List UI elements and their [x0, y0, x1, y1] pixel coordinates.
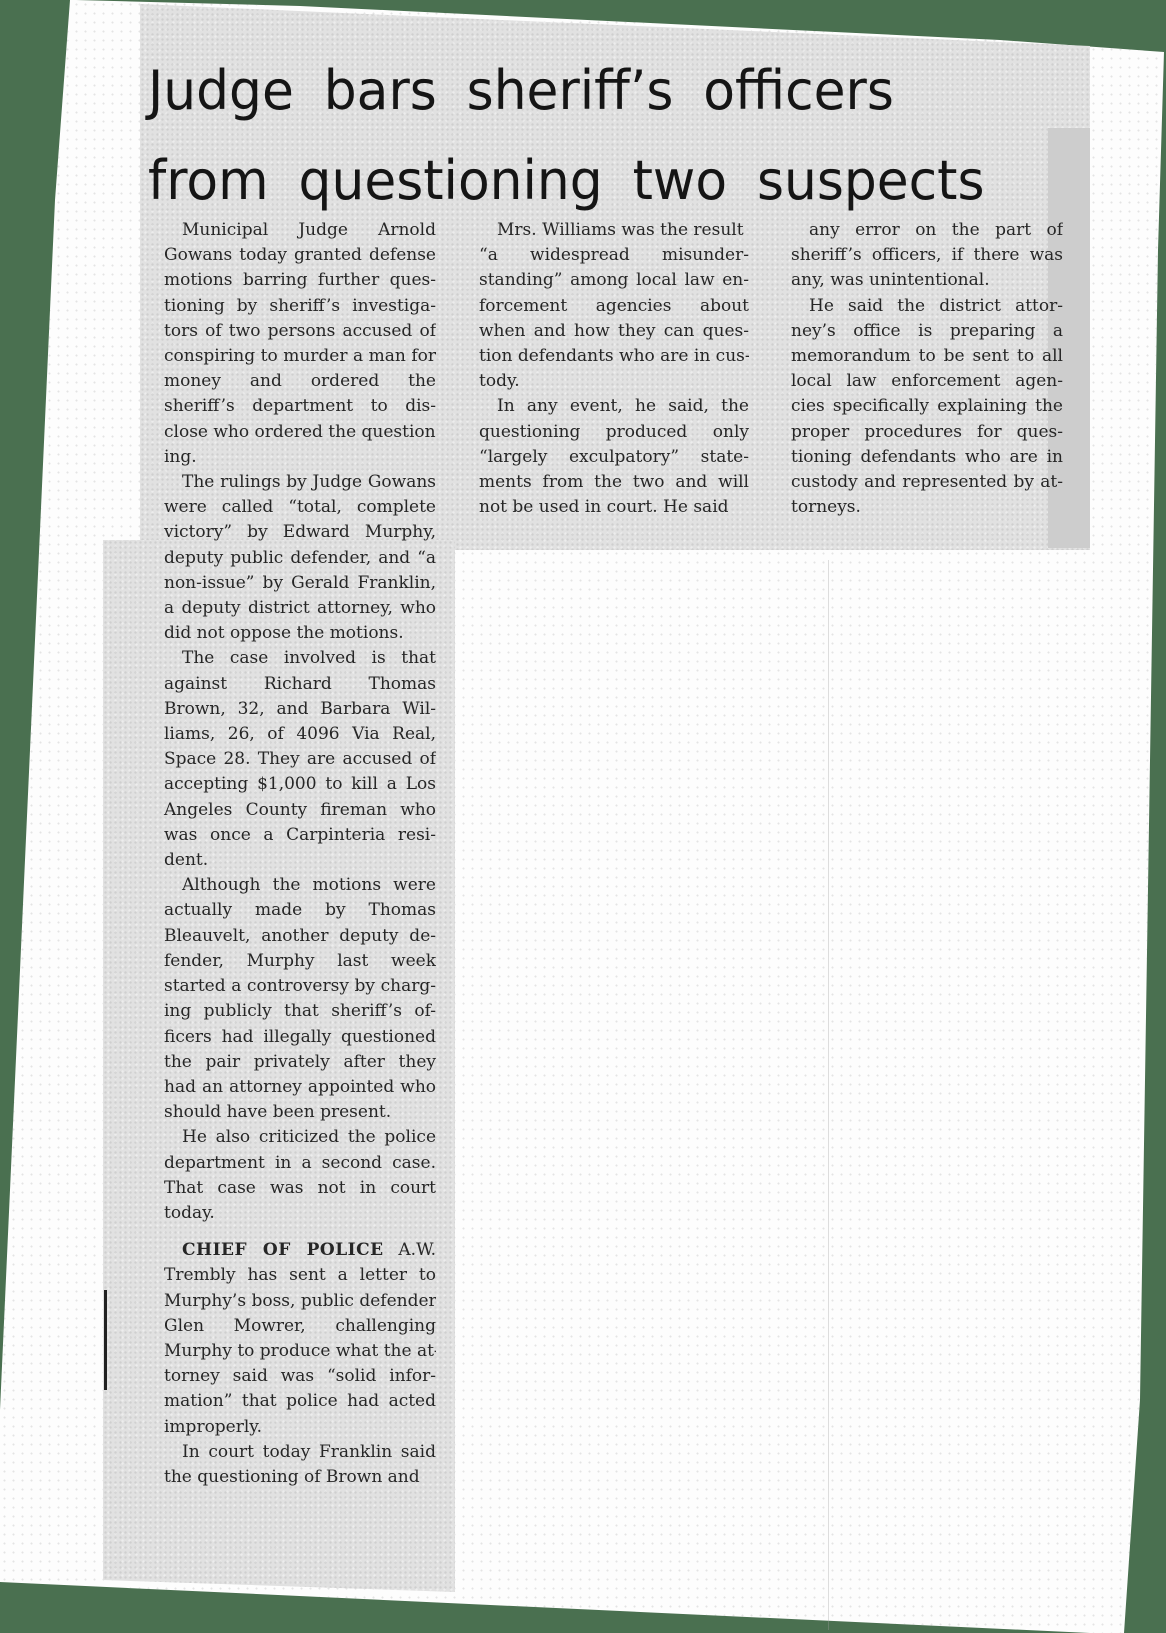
text-line: close who ordered the question-: [146, 420, 436, 445]
text-line: victory” by Edward Murphy,: [146, 520, 436, 545]
text-line: Murphy’s boss, public defender: [146, 1289, 436, 1314]
text-line: Brown, 32, and Barbara Wil-: [146, 697, 436, 722]
text-line: “a widespread misunder-: [461, 243, 749, 268]
text-line: did not oppose the motions.: [146, 621, 436, 646]
text-line: In court today Franklin said: [146, 1440, 436, 1465]
text-line: department in a second case.: [146, 1151, 436, 1176]
text-line: against Richard Thomas: [146, 672, 436, 697]
text-line: dent.: [146, 848, 436, 873]
article-paragraph: Mrs. Williams was the result of“a widesp…: [461, 218, 749, 394]
article-paragraph: He said the district attor-ney’s office …: [773, 294, 1063, 521]
text-line: The rulings by Judge Gowans: [146, 470, 436, 495]
text-line: any, was unintentional.: [773, 268, 1063, 293]
headline-line-1: Judge bars sheriff’s officers: [148, 46, 984, 136]
article-column-3: any error on the part ofsheriff’s office…: [773, 218, 1063, 520]
text-line: should have been present.: [146, 1100, 436, 1125]
text-line: not be used in court. He said: [461, 495, 749, 520]
text-line: custody and represented by at-: [773, 470, 1063, 495]
text-line: ing.: [146, 445, 436, 470]
text-line: started a controversy by charg-: [146, 974, 436, 999]
text-line: Space 28. They are accused of: [146, 747, 436, 772]
text-line: when and how they can ques-: [461, 319, 749, 344]
text-line: Although the motions were: [146, 873, 436, 898]
text-line: He said the district attor-: [773, 294, 1063, 319]
text-line: money and ordered the: [146, 369, 436, 394]
article-paragraph: any error on the part ofsheriff’s office…: [773, 218, 1063, 294]
text-line: actually made by Thomas: [146, 898, 436, 923]
text-line: mation” that police had acted: [146, 1389, 436, 1414]
text-line: memorandum to be sent to all: [773, 344, 1063, 369]
text-line: ficers had illegally questioned: [146, 1025, 436, 1050]
text-line: any error on the part of: [773, 218, 1063, 243]
fold-line: [828, 560, 829, 1630]
text-line: a deputy district attorney, who: [146, 596, 436, 621]
text-line: today.: [146, 1201, 436, 1226]
text-line: conspiring to murder a man for: [146, 344, 436, 369]
text-line: was once a Carpinteria resi-: [146, 823, 436, 848]
text-line: tors of two persons accused of: [146, 319, 436, 344]
text-line: CHIEF OF POLICE A.W.: [146, 1238, 436, 1263]
text-line: local law enforcement agen-: [773, 369, 1063, 394]
article-column-1: Municipal Judge ArnoldGowans today grant…: [146, 218, 436, 1490]
article-column-2: Mrs. Williams was the result of“a widesp…: [461, 218, 749, 520]
text-line: Trembly has sent a letter to: [146, 1263, 436, 1288]
text-line: The case involved is that: [146, 646, 436, 671]
text-line: accepting $1,000 to kill a Los: [146, 772, 436, 797]
text-line: ing publicly that sheriff’s of-: [146, 999, 436, 1024]
article-paragraph: Although the motions wereactually made b…: [146, 873, 436, 1125]
article-paragraph: He also criticized the policedepartment …: [146, 1125, 436, 1226]
text-line: motions barring further ques-: [146, 268, 436, 293]
text-line: the pair privately after they: [146, 1050, 436, 1075]
text-line: sheriff’s department to dis-: [146, 394, 436, 419]
article-paragraph: Municipal Judge ArnoldGowans today grant…: [146, 218, 436, 470]
article-paragraph: The rulings by Judge Gowanswere called “…: [146, 470, 436, 646]
article-paragraph: The case involved is thatagainst Richard…: [146, 646, 436, 873]
text-line: Mrs. Williams was the result of: [461, 218, 749, 243]
headline-line-2: from questioning two suspects: [148, 136, 984, 226]
text-line: were called “total, complete: [146, 495, 436, 520]
text-line: He also criticized the police: [146, 1125, 436, 1150]
text-line: torney said was “solid infor-: [146, 1364, 436, 1389]
text-line: forcement agencies about: [461, 294, 749, 319]
headline: Judge bars sheriff’s officers from quest…: [148, 46, 984, 226]
text-line: deputy public defender, and “a: [146, 546, 436, 571]
text-line: Angeles County fireman who: [146, 798, 436, 823]
text-line: sheriff’s officers, if there was: [773, 243, 1063, 268]
text-line: “largely exculpatory” state-: [461, 445, 749, 470]
text-line: torneys.: [773, 495, 1063, 520]
article-paragraph: CHIEF OF POLICE A.W.Trembly has sent a l…: [146, 1238, 436, 1440]
lead-in: CHIEF OF POLICE: [182, 1240, 384, 1260]
text-line: questioning produced only: [461, 420, 749, 445]
text-line: ney’s office is preparing a: [773, 319, 1063, 344]
text-line: non-issue” by Gerald Franklin,: [146, 571, 436, 596]
text-line: tioning by sheriff’s investiga-: [146, 294, 436, 319]
text-line: standing” among local law en-: [461, 268, 749, 293]
text-line: fender, Murphy last week: [146, 949, 436, 974]
article-paragraph: In court today Franklin saidthe question…: [146, 1440, 436, 1490]
text-line: proper procedures for ques-: [773, 420, 1063, 445]
text-line: tion defendants who are in cus-: [461, 344, 749, 369]
text-line: Bleauvelt, another deputy de-: [146, 924, 436, 949]
text-line: ments from the two and will: [461, 470, 749, 495]
text-line: In any event, he said, the: [461, 394, 749, 419]
text-line: Glen Mowrer, challenging: [146, 1314, 436, 1339]
text-line: tody.: [461, 369, 749, 394]
text-line: improperly.: [146, 1415, 436, 1440]
text-line: Municipal Judge Arnold: [146, 218, 436, 243]
text-line: liams, 26, of 4096 Via Real,: [146, 722, 436, 747]
text-line: cies specifically explaining the: [773, 394, 1063, 419]
text-line: That case was not in court: [146, 1176, 436, 1201]
text-line: had an attorney appointed who: [146, 1075, 436, 1100]
text-line: tioning defendants who are in: [773, 445, 1063, 470]
article-paragraph: In any event, he said, thequestioning pr…: [461, 394, 749, 520]
text-line: the questioning of Brown and: [146, 1465, 436, 1490]
text-line: Murphy to produce what the at-: [146, 1339, 436, 1364]
margin-mark: [104, 1290, 107, 1390]
text-line: Gowans today granted defense: [146, 243, 436, 268]
